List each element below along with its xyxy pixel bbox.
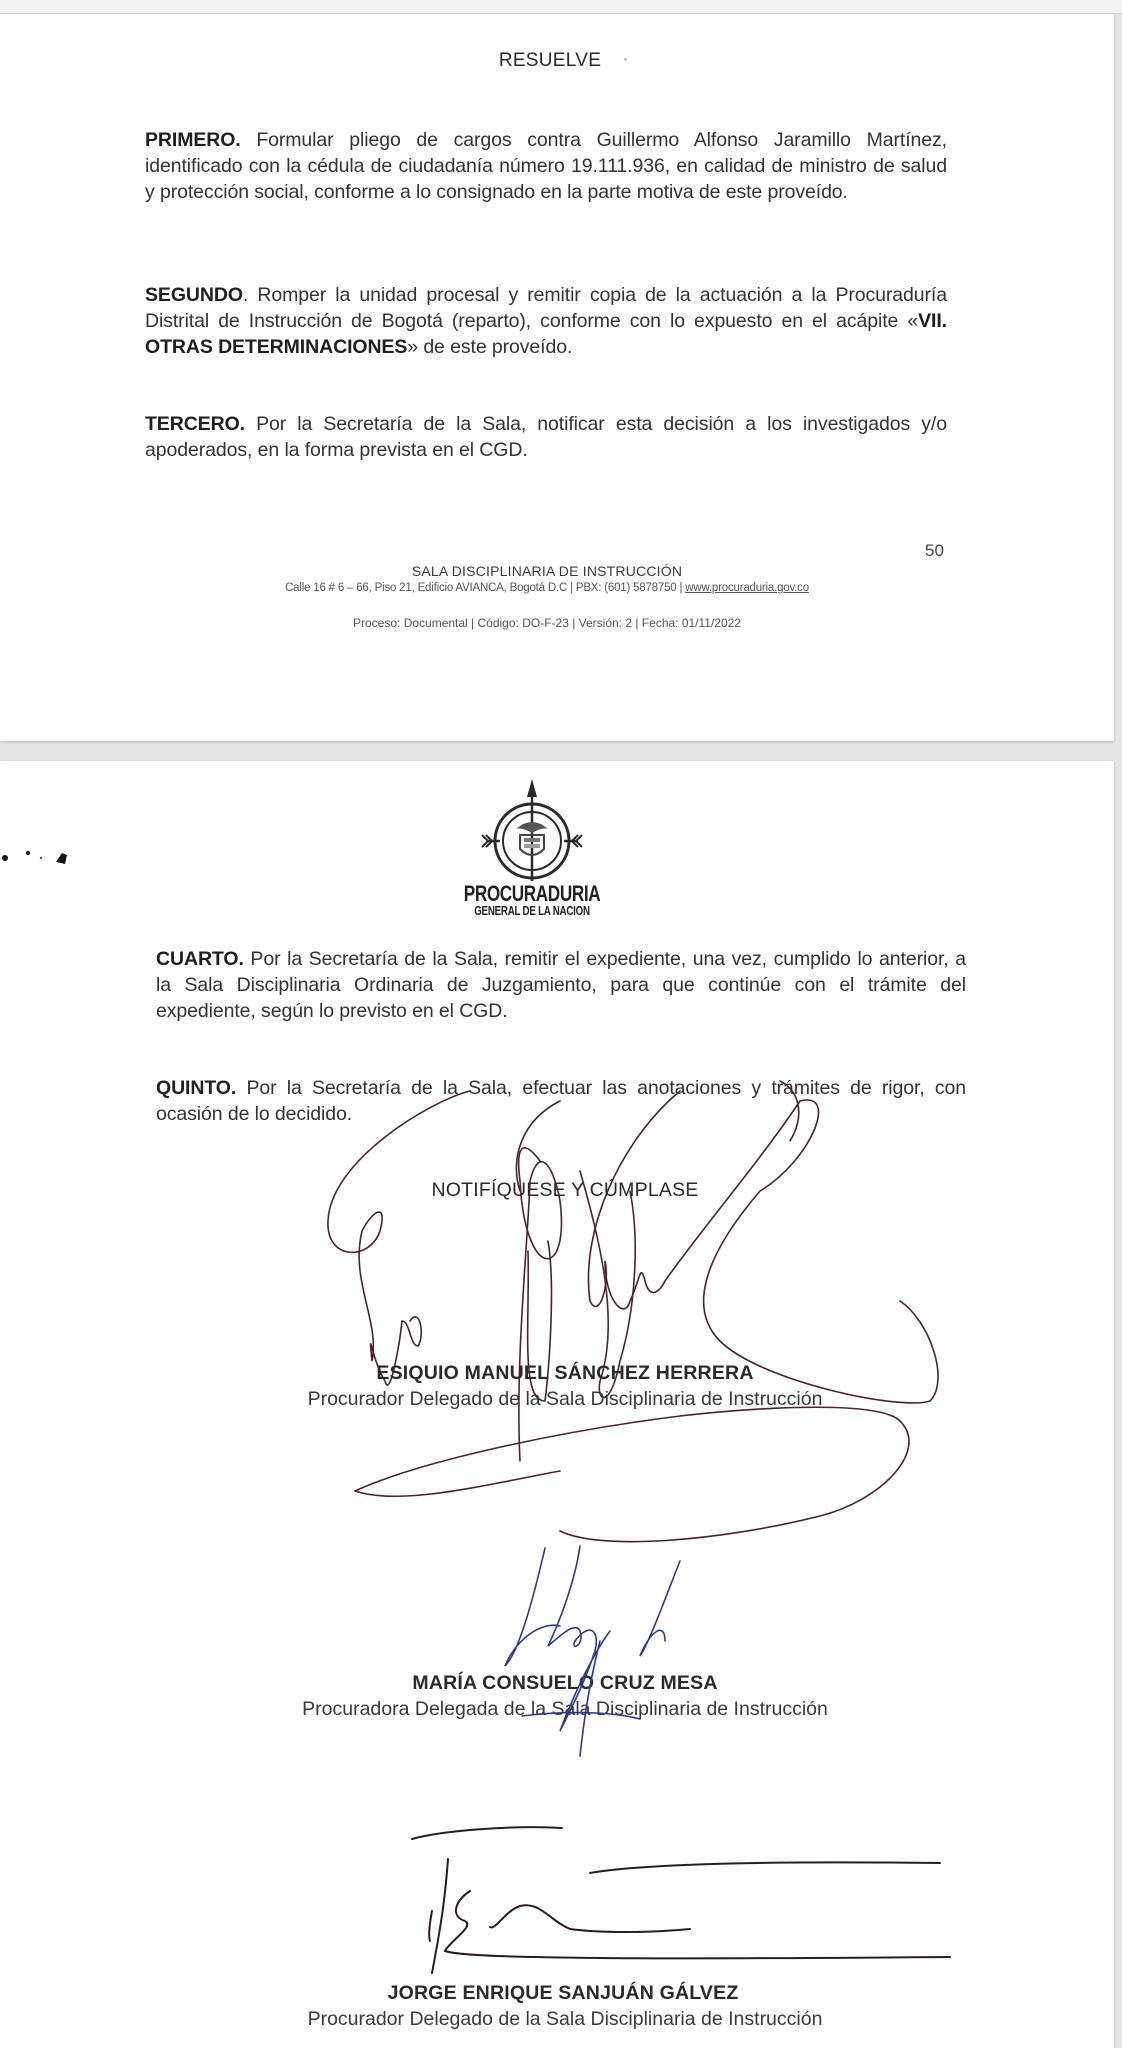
page-number: 50 [925,541,944,561]
footer-website-link[interactable]: www.procuraduria.gov.co [685,582,809,594]
article-text: Formular pliego de cargos contra Guiller… [145,129,947,203]
article-label: QUINTO. [156,1077,236,1099]
viewer-top-bar [0,0,1122,14]
article-cuarto: CUARTO. Por la Secretaría de la Sala, re… [156,946,966,1024]
signer-2-role: Procuradora Delegada de la Sala Discipli… [0,1698,1114,1721]
procuraduria-emblem-icon [470,777,630,887]
article-primero: PRIMERO. Formular pliego de cargos contr… [145,127,947,205]
document-page-1: RESUELVE PRIMERO. Formular pliego de car… [0,14,1114,741]
article-label: CUARTO. [156,948,244,970]
signer-3-role: Procurador Delegado de la Sala Disciplin… [0,2008,1114,2031]
signer-2-name: MARÍA CONSUELO CRUZ MESA [0,1672,1114,1695]
article-segundo: SEGUNDO. Romper la unidad procesal y rem… [145,282,947,360]
article-text: » de este proveído. [407,336,572,358]
document-page-2: PROCURADURIA GENERAL DE LA NACION CUARTO… [0,761,1114,2048]
signature-3-ink [412,1827,950,1973]
scan-speck [624,58,627,61]
signer-3-name: JORGE ENRIQUE SANJUÁN GÁLVEZ [0,1982,1114,2005]
footer-address-text: Calle 16 # 6 – 66, Piso 21, Edificio AVI… [285,582,685,594]
signer-1-role: Procurador Delegado de la Sala Disciplin… [0,1388,1114,1411]
article-label: TERCERO. [145,413,245,435]
article-tercero: TERCERO. Por la Secretaría de la Sala, n… [145,411,947,463]
signature-1-ink [328,1081,938,1542]
footer-document-meta: Proceso: Documental | Código: DO-F-23 | … [0,616,1094,630]
article-quinto: QUINTO. Por la Secretaría de la Sala, ef… [156,1075,966,1127]
article-label: PRIMERO. [145,129,241,151]
article-text: Por la Secretaría de la Sala, efectuar l… [156,1077,966,1125]
scan-artifact-dots [0,840,120,880]
article-text: . Romper la unidad procesal y remitir co… [145,284,947,332]
footer-title: SALA DISCIPLINARIA DE INSTRUCCIÓN [0,563,1094,579]
signature-2-ink [505,1546,680,1756]
logo-subtitle: GENERAL DE LA NACION [460,904,604,918]
article-text: Por la Secretaría de la Sala, notificar … [145,413,947,461]
closing-formula: NOTIFÍQUESE Y CÚMPLASE [0,1179,1114,1202]
signer-1-name: ESIQUIO MANUEL SÁNCHEZ HERRERA [0,1362,1114,1385]
article-text: Por la Secretaría de la Sala, remitir el… [156,948,966,1022]
footer-address: Calle 16 # 6 – 66, Piso 21, Edificio AVI… [0,582,1094,594]
resolution-heading: RESUELVE [0,50,1100,72]
article-label: SEGUNDO [145,284,243,306]
procuraduria-logo: PROCURADURIA GENERAL DE LA NACION [470,777,630,947]
